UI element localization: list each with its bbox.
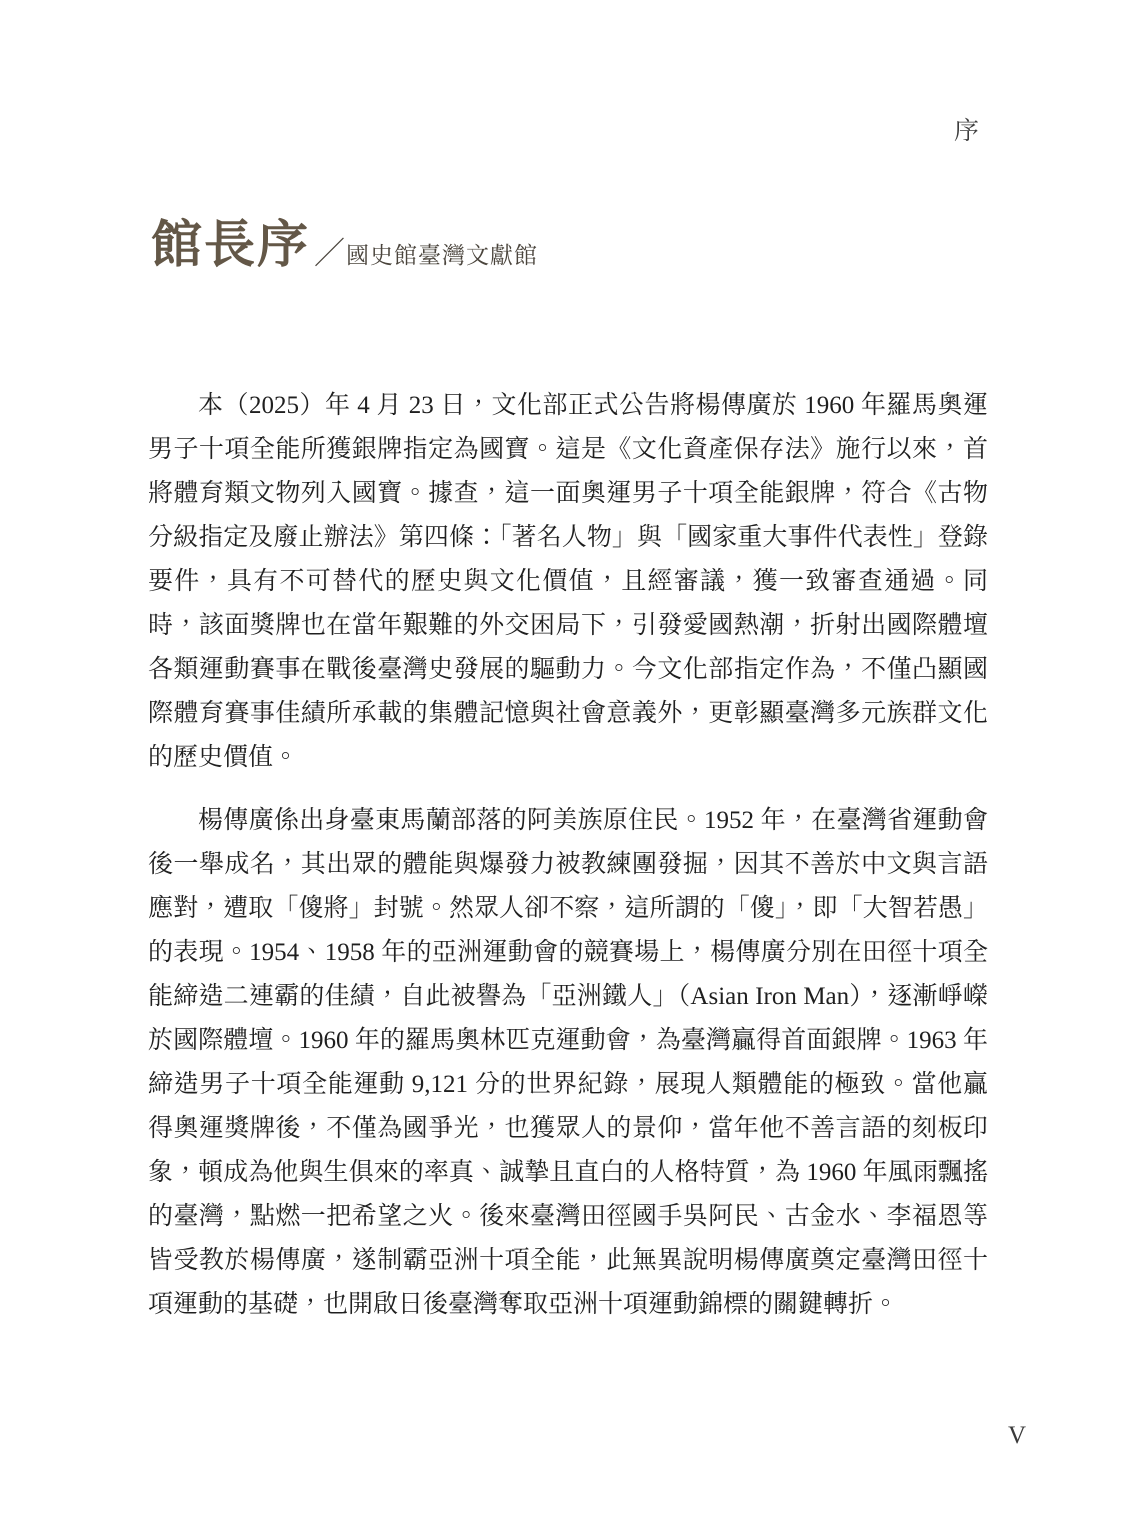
title-separator-slash: ／ xyxy=(314,238,345,269)
running-head-section-marker: 序 xyxy=(954,119,979,144)
title-affiliation: 國史館臺灣文獻館 xyxy=(346,244,538,267)
preface-body: 本（2025）年 4 月 23 日，文化部正式公告將楊傳廣於 1960 年羅馬奧… xyxy=(148,384,988,1327)
page-title: 館長序 xyxy=(151,218,310,274)
document-page: 序 館長序 ／ 國史館臺灣文獻館 本（2025）年 4 月 23 日，文化部正式… xyxy=(0,0,1122,1535)
chapter-title-block: 館長序 ／ 國史館臺灣文獻館 xyxy=(151,218,538,274)
body-paragraph: 本（2025）年 4 月 23 日，文化部正式公告將楊傳廣於 1960 年羅馬奧… xyxy=(148,384,988,780)
body-paragraph: 楊傳廣係出身臺東馬蘭部落的阿美族原住民。1952 年，在臺灣省運動會後一舉成名，… xyxy=(148,799,988,1327)
page-number: V xyxy=(1008,1423,1026,1448)
